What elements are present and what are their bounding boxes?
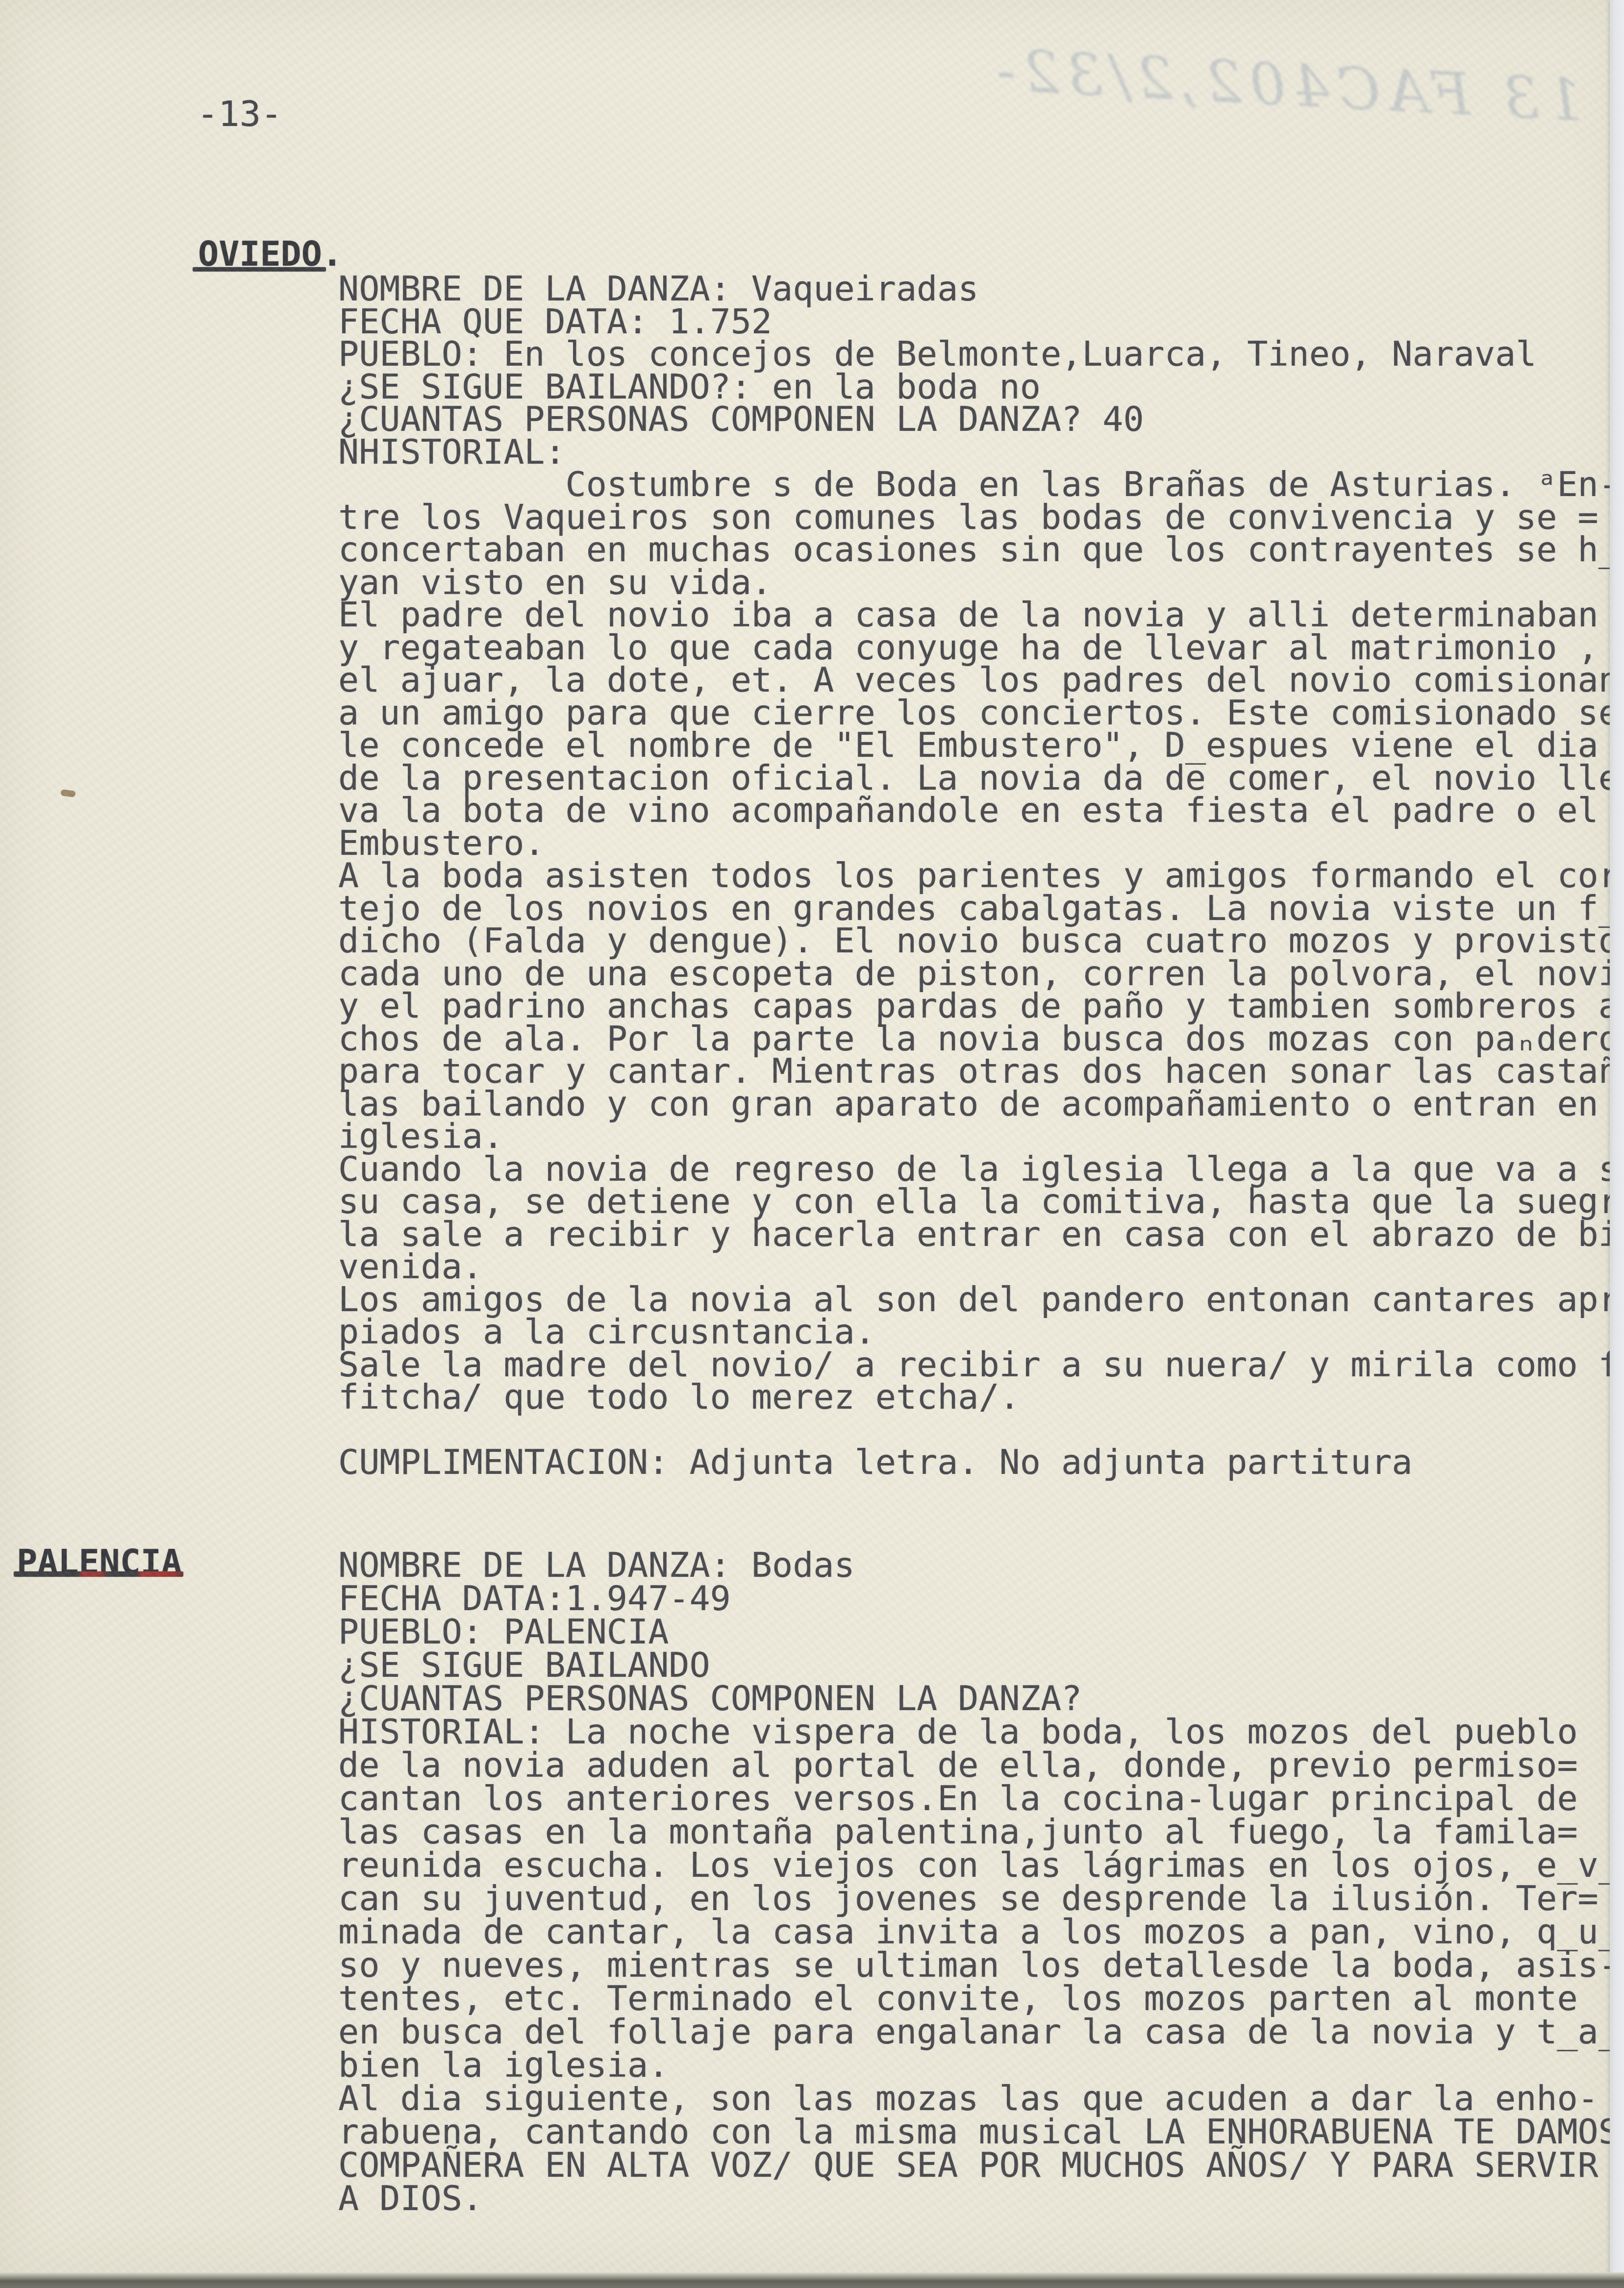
heading-underline-oviedo [193,267,326,272]
typed-line: CUMPLIMENTACION: Adjunta letra. No adjun… [338,1446,1412,1479]
typed-line: cada uno de una escopeta de piston, corr… [338,957,1624,990]
typed-line: A DIOS. [338,2182,483,2215]
typed-line: y regateaban lo que cada conyuge ha de l… [338,631,1599,664]
handwritten-annotation-mirrored: 13 FAC402,2/32- [1016,12,1586,179]
typed-line: le concede el nombre de "El Embustero", … [338,729,1599,762]
typed-line: fitcha/ que todo lo merez etcha/. [338,1381,1020,1414]
typed-line: HISTORIAL: La noche vispera de la boda, … [338,1716,1578,1748]
typed-line: Embustero. [338,827,545,860]
page-bottom-edge [0,2272,1624,2288]
scanner-background-right [1610,0,1624,2288]
typed-line: Costumbre s de Boda en las Brañas de Ast… [338,468,1619,501]
typed-line: tre los Vaqueiros son comunes las bodas … [338,501,1599,534]
typed-line: su casa, se detiene y con ella la comiti… [338,1185,1624,1218]
typed-line: yan visto en su vida. [338,566,772,599]
typed-line: FECHA QUE DATA: 1.752 [338,305,772,338]
typed-line: a un amigo para que cierre los concierto… [338,696,1619,729]
typed-line: las casas en la montaña palentina,junto … [338,1815,1578,1848]
typed-line: minada de cantar, la casa invita a los m… [338,1915,1624,1948]
typed-line: so y nueves, mientras se ultiman los det… [338,1949,1619,1982]
typed-line: de la novia aduden al portal de ella, do… [338,1749,1578,1782]
typed-line: para tocar y cantar. Mientras otras dos … [338,1055,1624,1088]
typed-line: dicho (Falda y dengue). El novio busca c… [338,924,1619,957]
typed-line: can su juventud, en los jovenes se despr… [338,1882,1599,1915]
page-number: -13- [197,96,282,131]
typed-line: las bailando y con gran aparato de acomp… [338,1088,1624,1120]
typed-line: rabuena, cantando con la misma musical L… [338,2115,1619,2148]
typed-line: va la bota de vino acompañandole en esta… [338,794,1599,827]
scanned-page: 13 FAC402,2/32- -13- OVIEDO.NOMBRE DE LA… [0,0,1624,2288]
typed-line: ¿SE SIGUE BAILANDO [338,1649,710,1682]
typed-line: de la presentacion oficial. La novia da … [338,762,1624,795]
typed-line: venida. [338,1250,483,1283]
typed-line: tejo de los novios en grandes cabalgatas… [338,892,1624,925]
typed-line: concertaban en muchas ocasiones sin que … [338,533,1624,566]
typed-line: Los amigos de la novia al son del pander… [338,1283,1624,1316]
section-heading-oviedo: OVIEDO. [198,237,343,271]
typed-line: NOMBRE DE LA DANZA: Bodas [338,1549,855,1582]
typed-line: cantan los anteriores versos.En la cocin… [338,1782,1578,1815]
typed-line: en busca del follaje para engalanar la c… [338,2015,1624,2048]
typed-line: la sale a recibir y hacerla entrar en ca… [338,1218,1624,1251]
typed-line: ¿CUANTAS PERSONAS COMPONEN LA DANZA? 40 [338,403,1144,436]
typed-line: tentes, etc. Terminado el convite, los m… [338,1982,1578,2015]
typed-line: ¿CUANTAS PERSONAS COMPONEN LA DANZA? [338,1682,1082,1715]
typed-line: el ajuar, la dote, et. A veces los padre… [338,664,1619,696]
typed-line: PUEBLO: PALENCIA [338,1616,669,1648]
typed-line: y el padrino anchas capas pardas de paño… [338,990,1624,1022]
typed-line: FECHA DATA:1.947-49 [338,1582,731,1615]
typed-line: ¿SE SIGUE BAILANDO?: en la boda no [338,371,1041,403]
typed-line: chos de ala. Por la parte la novia busca… [338,1022,1624,1055]
typed-line: reunida escucha. Los viejos con las lágr… [338,1849,1624,1882]
typed-line: iglesia. [338,1120,503,1153]
typed-line: NOMBRE DE LA DANZA: Vaqueiradas [338,273,978,305]
typed-line: bien la iglesia. [338,2049,669,2082]
typed-line: Al dia siguiente, son las mozas las que … [338,2082,1599,2115]
typed-line: Cuando la novia de regreso de la iglesia… [338,1153,1624,1186]
ink-speck [60,789,75,797]
heading-underline-palencia [14,1571,183,1577]
typed-line: PUEBLO: En los concejos de Belmonte,Luar… [338,338,1536,371]
typed-line: NHISTORIAL: [338,436,566,469]
typed-line: piados a la circusntancia. [338,1316,875,1348]
typed-line: COMPAÑERA EN ALTA VOZ/ QUE SEA POR MUCHO… [338,2149,1599,2182]
typed-line: A la boda asisten todos los parientes y … [338,859,1624,892]
paper-sheet: 13 FAC402,2/32- -13- OVIEDO.NOMBRE DE LA… [0,0,1624,2278]
typed-line: Sale la madre del novio/ a recibir a su … [338,1348,1624,1381]
typed-line: El padre del novio iba a casa de la novi… [338,598,1599,631]
